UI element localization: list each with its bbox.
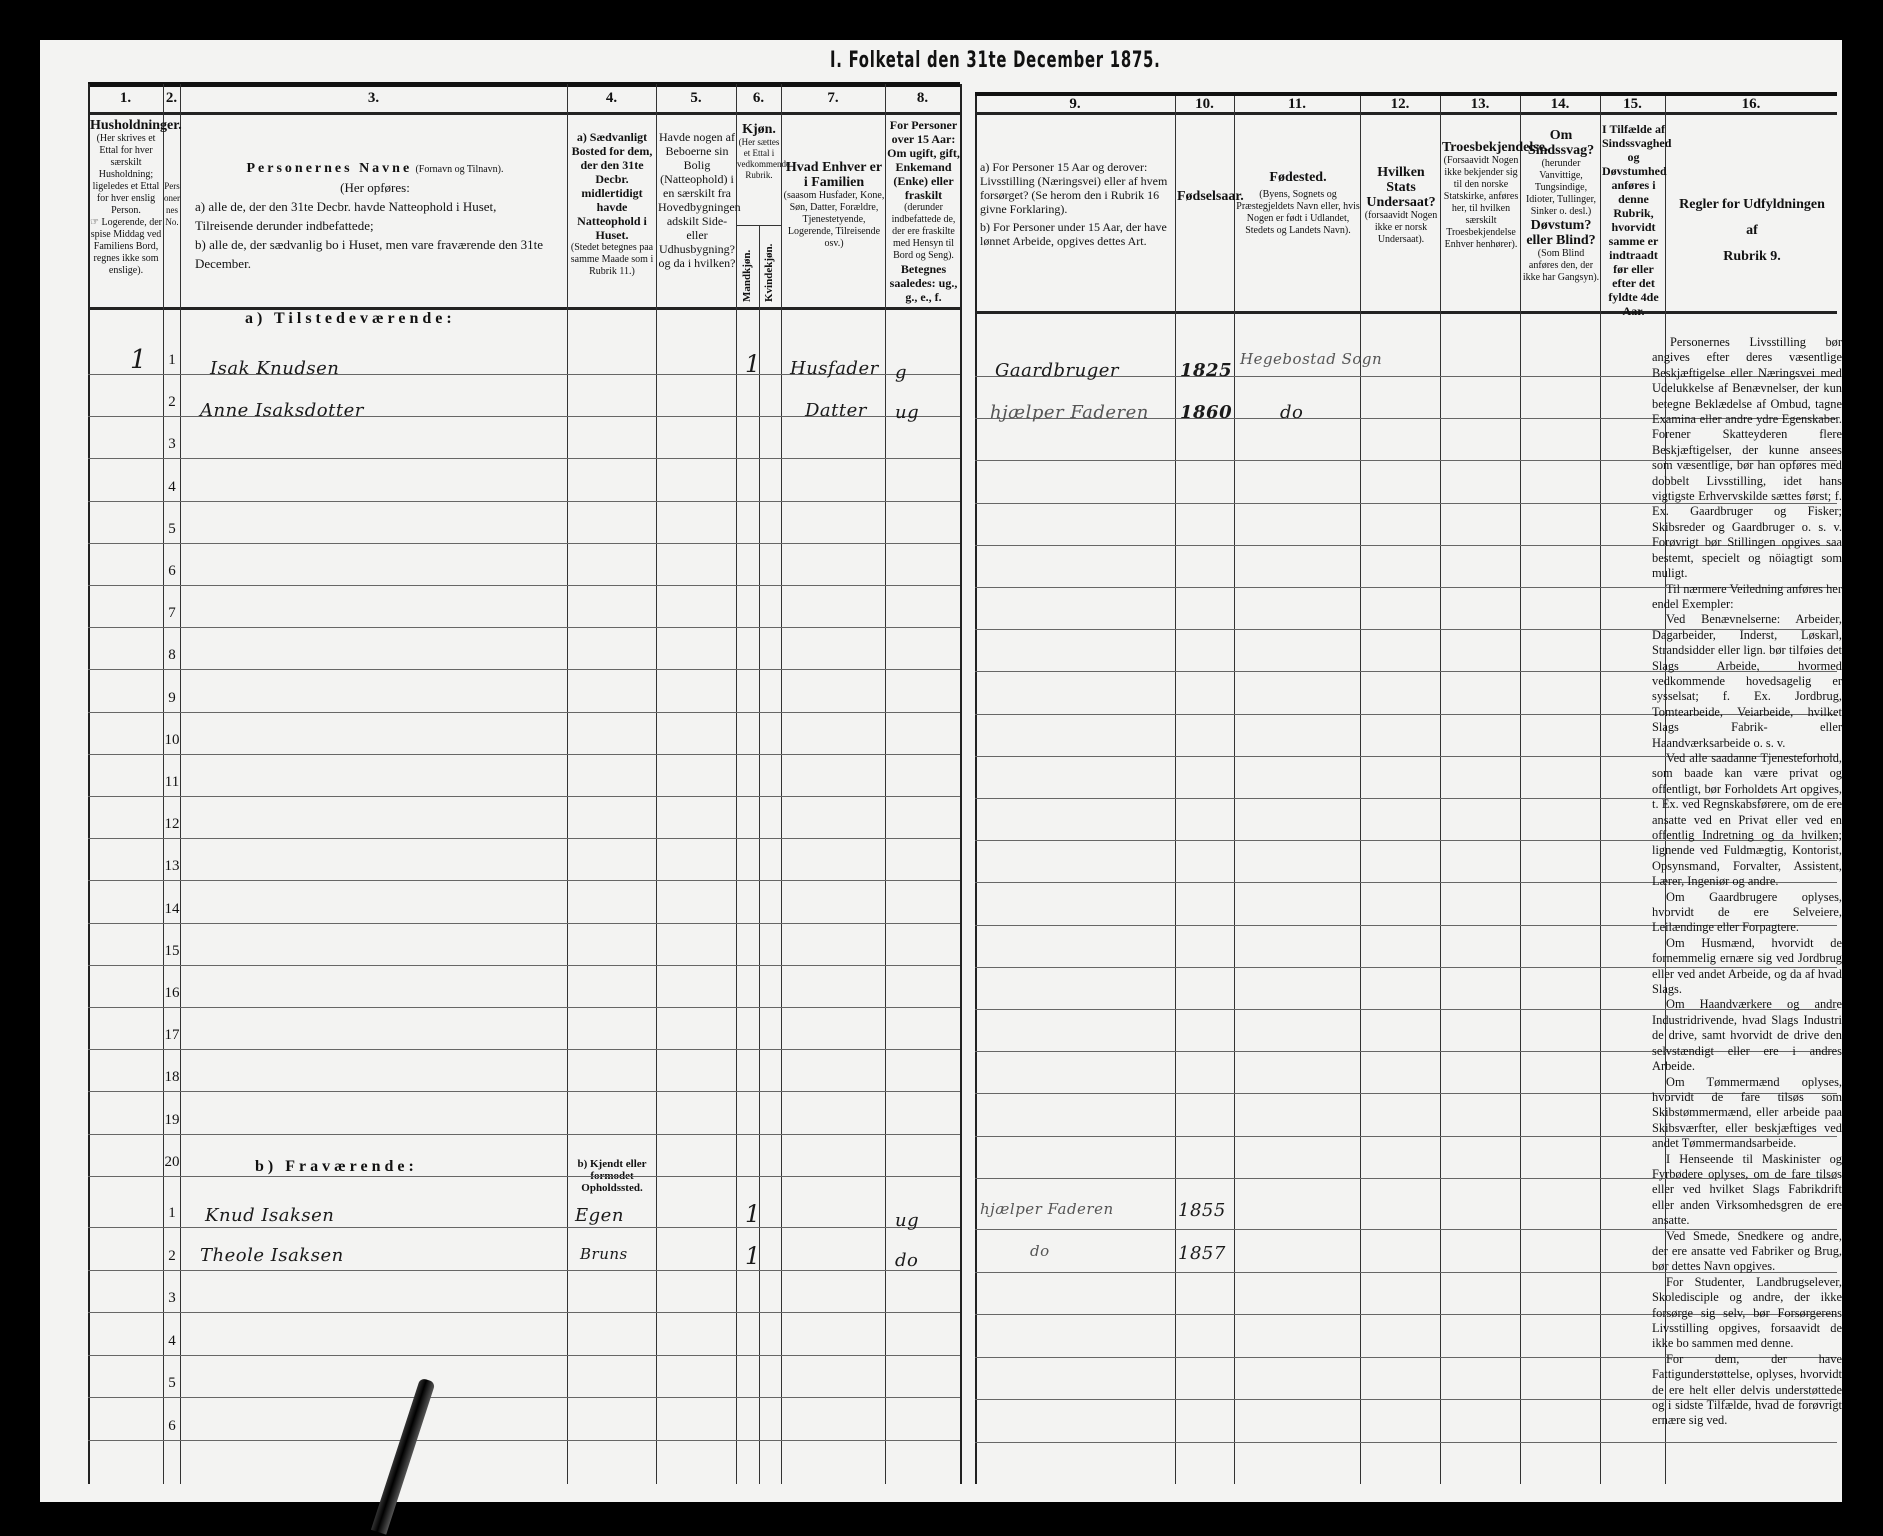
header-col8-code: Betegnes saaledes: ug., g., e., f. [887,262,960,304]
absent-name-1: Knud Isaksen [205,1205,334,1226]
header-col6-female: Kvindekjøn. [763,230,775,302]
header-col16-title: Regler for Udfyldningen [1667,192,1837,218]
row-line [88,458,960,459]
top-rule-left [88,82,960,87]
row-number: 6 [162,1418,182,1435]
page-title: I. Folketal den 31te December 1875. [830,48,1160,73]
rule-paragraph: For Studenter, Landbrugselever, Skoledis… [1652,1275,1842,1352]
row-number: 13 [162,858,182,875]
absent-male-2: 1 [745,1242,761,1270]
row-number: 19 [162,1112,182,1129]
header-col16-rubrik: Rubrik 9. [1667,244,1837,270]
column-number: 6. [736,90,781,107]
colnum-rule-right [975,112,1837,115]
col-divider-7 [885,84,886,1484]
row-line [88,923,960,924]
row-number: 2 [162,1248,182,1265]
row-line [88,1312,960,1313]
absent-status-2: do [895,1250,918,1271]
column-number: 13. [1440,96,1520,113]
row-number: 6 [162,563,182,580]
col-divider-12 [1440,96,1441,1484]
row-number: 7 [162,605,182,622]
header-col3-title: Personernes Navne [246,161,412,176]
col-divider-10 [1234,96,1235,1484]
col-divider-8b [975,96,977,1484]
header-col6: Kjøn. (Her sættes et Ettal i vedkommende… [737,122,781,181]
row-number: 2 [162,394,182,411]
header-col13-note: (Forsaavidt Nogen ikke bekjender sig til… [1442,155,1520,251]
column-number: 1. [88,90,163,107]
header-col14-note: (herunder Vanvittige, Tungsindige, Idiot… [1522,158,1600,218]
row-number: 9 [162,690,182,707]
header-col10: Fødselsaar. [1177,190,1233,204]
column-number: 16. [1665,96,1837,113]
col-divider-4 [656,84,657,1484]
row-line [975,1442,1837,1443]
row-line [88,838,960,839]
column-number: 11. [1234,96,1360,113]
rule-paragraph: For dem, der have Fattigunderstøttelse, … [1652,1352,1842,1429]
entry-status-2: ug [895,402,919,423]
row-number: 20 [162,1154,182,1171]
header-col11-title: Fødested. [1269,170,1326,185]
section-present: a) Tilstedeværende: [245,310,456,328]
col-divider-3 [567,84,568,1484]
rule-paragraph: Ved alle saadanne Tjenesteforhold, som b… [1652,751,1842,890]
column-number: 8. [885,90,960,107]
entry-birthplace-2: do [1280,402,1303,423]
header-rule-left [88,307,960,310]
entry-name-2: Anne Isaksdotter [200,400,364,421]
header-col12-note: (forsaavidt Nogen ikke er norsk Undersaa… [1362,210,1440,246]
rubrik9-rules: Personernes Livsstilling bør angives eft… [1652,335,1842,1429]
kjon-divider [736,225,781,226]
row-line [88,1227,960,1228]
row-line [88,965,960,966]
col-divider-14 [1600,96,1601,1484]
row-number: 3 [162,1290,182,1307]
header-col16-af: af [1667,218,1837,244]
row-number: 5 [162,521,182,538]
header-col8-note: (derunder indbefattede de, der ere frask… [887,202,960,262]
row-number: 11 [162,774,182,791]
header-col2: Personernes No. [164,180,180,228]
header-col1-text: (Her skrives et Ettal for hver særskilt … [90,133,162,217]
rule-paragraph: Om Gaardbrugere oplyses, hvorvidt de ere… [1652,890,1842,936]
absent-name-2: Theole Isaksen [200,1245,344,1266]
header-col13: Troesbekjendelse. (Forsaavidt Nogen ikke… [1442,140,1520,251]
header-col1-title: Husholdninger. [90,118,182,133]
colnum-rule-left [88,112,960,115]
absent-occupation-2: do [1030,1242,1050,1260]
header-col14-note2: (Som Blind anføres den, der ikke har Gan… [1522,248,1600,284]
row-number: 4 [162,479,182,496]
row-line [88,501,960,502]
row-number: 10 [162,732,182,749]
absent-occupation-1: hjælper Faderen [980,1200,1114,1218]
row-number: 17 [162,1027,182,1044]
row-line [88,1049,960,1050]
header-rule-right [975,311,1837,314]
column-number: 10. [1175,96,1234,113]
row-line [88,1176,960,1177]
col-divider-8 [960,84,962,1484]
row-line [88,543,960,544]
header-col3-sub: (Fornavn og Tilnavn). [415,164,503,175]
entry-role-2: Datter [805,400,867,421]
header-col6-male: Mandkjøn. [741,230,753,302]
rule-paragraph: Personernes Livsstilling bør angives eft… [1652,335,1842,582]
header-col3: Personernes Navne (Fornavn og Tilnavn). … [195,158,555,273]
entry-name-1: Isak Knudsen [210,358,339,379]
header-col3-a: a) alle de, der den 31te Decbr. havde Na… [195,197,555,235]
header-col14-title2: Døvstum? eller Blind? [1526,218,1595,248]
header-col7: Hvad Enhver er i Familien (saasom Husfad… [783,160,885,250]
col-divider-6a [759,225,760,1484]
header-col3-intro: (Her opføres: [195,178,555,197]
column-number: 2. [163,90,180,107]
entry-role-1: Husfader [790,358,879,379]
header-col1-note: ☞ Logerende, der spise Middag ved Famili… [90,217,162,277]
column-number: 5. [656,90,736,107]
header-col9-b: b) For Personer under 15 Aar, der have l… [980,220,1172,248]
col-divider-9 [1175,96,1176,1484]
column-number: 15. [1600,96,1665,113]
column-number: 14. [1520,96,1600,113]
row-line [88,1270,960,1271]
row-line [88,1397,960,1398]
header-col4-title: a) Sædvanligt Bosted for dem, der den 31… [568,130,656,242]
rule-paragraph: Ved Smede, Snedkere og andre, der ere an… [1652,1229,1842,1275]
row-number: 3 [162,436,182,453]
row-line [88,1134,960,1135]
household-mark-1: 1 [130,345,147,375]
absent-birthyear-2: 1857 [1178,1243,1226,1264]
entry-birthyear-2: 1860 [1180,402,1232,423]
header-col4: a) Sædvanligt Bosted for dem, der den 31… [568,130,656,278]
header-col7-note: (saasom Husfader, Kone, Søn, Datter, For… [783,190,885,250]
header-col9-a: a) For Personer 15 Aar og derover: Livss… [980,160,1172,216]
row-line [88,1355,960,1356]
row-number: 4 [162,1333,182,1350]
col-divider-13 [1520,96,1521,1484]
rule-paragraph: Ved Benævnelserne: Arbeider, Dagarbeider… [1652,612,1842,751]
section-absent: b) Fraværende: [255,1158,418,1176]
column-number: 3. [180,90,567,107]
border-left [88,84,90,1484]
header-col3-b: b) alle de, der sædvanlig bo i Huset, me… [195,235,555,273]
row-number: 5 [162,1375,182,1392]
absent-location-2: Bruns [580,1245,628,1263]
row-number: 14 [162,901,182,918]
header-col14: Om Sindssvag? (herunder Vanvittige, Tung… [1522,128,1600,284]
col-divider-11 [1360,96,1361,1484]
entry-birthyear-1: 1825 [1180,360,1232,381]
row-line [88,1007,960,1008]
row-line [88,1091,960,1092]
header-col9: a) For Personer 15 Aar og derover: Livss… [980,160,1172,248]
row-line [88,796,960,797]
rule-paragraph: Om Tømmermænd oplyses, hvorvidt de fare … [1652,1075,1842,1152]
row-number: 1 [162,352,182,369]
absent-location-1: Egen [575,1205,624,1226]
row-number: 8 [162,647,182,664]
row-number: 12 [162,816,182,833]
row-line [88,754,960,755]
row-line [88,1440,960,1441]
entry-occupation-1: Gaardbruger [995,360,1119,381]
header-col8: For Personer over 15 Aar: Om ugift, gift… [887,118,960,304]
entry-male-1: 1 [745,350,761,378]
header-col4-note: (Stedet betegnes paa samme Maade som i R… [568,242,656,278]
row-line [88,712,960,713]
row-number: 18 [162,1069,182,1086]
row-line [88,669,960,670]
header-col5: Havde nogen af Beboerne sin Bolig (Natte… [658,130,736,270]
header-col6-title: Kjøn. [742,122,776,137]
row-line [88,585,960,586]
header-col14-title: Om Sindssvag? [1528,128,1594,158]
header-col11-note: (Byens, Sognets og Præstegjeldets Navn e… [1236,189,1360,237]
col-divider-5 [736,84,737,1484]
rule-paragraph: I Henseende til Maskinister og Fyrbødere… [1652,1152,1842,1229]
column-number: 9. [975,96,1175,113]
column-number: 12. [1360,96,1440,113]
row-number: 15 [162,943,182,960]
header-col16: Regler for Udfyldningen af Rubrik 9. [1667,192,1837,270]
column-number: 7. [781,90,885,107]
absent-birthyear-1: 1855 [1178,1200,1226,1221]
rule-paragraph: Om Haandværkere og andre Industridrivend… [1652,997,1842,1074]
rule-paragraph: Til nærmere Veiledning anføres her endel… [1652,582,1842,613]
header-col11: Fødested. (Byens, Sognets og Præstegjeld… [1236,170,1360,237]
header-col7-title: Hvad Enhver er i Familien [786,160,882,190]
rule-paragraph: Om Husmænd, hvorvidt de fornemmelig ernæ… [1652,936,1842,998]
header-col12-title: Hvilken Stats Undersaat? [1366,165,1435,210]
header-col1: Husholdninger. (Her skrives et Ettal for… [90,118,162,277]
header-col12: Hvilken Stats Undersaat? (forsaavidt Nog… [1362,165,1440,246]
column-number: 4. [567,90,656,107]
col-divider-6 [781,84,782,1484]
entry-status-1: g [895,362,907,383]
row-line [88,880,960,881]
absent-status-1: ug [895,1210,919,1231]
row-number: 1 [162,1205,182,1222]
absent-male-1: 1 [745,1200,761,1228]
row-line [88,627,960,628]
row-number: 16 [162,985,182,1002]
entry-occupation-2: hjælper Faderen [990,402,1149,423]
entry-birthplace-1: Hegebostad Sogn [1240,350,1382,368]
header-col6-text: (Her sættes et Ettal i vedkommende Rubri… [737,137,781,181]
header-col15: I Tilfælde af Sindssvaghed og Døvstumhed… [1602,122,1665,318]
header-col8-title: For Personer over 15 Aar: Om ugift, gift… [887,118,960,202]
